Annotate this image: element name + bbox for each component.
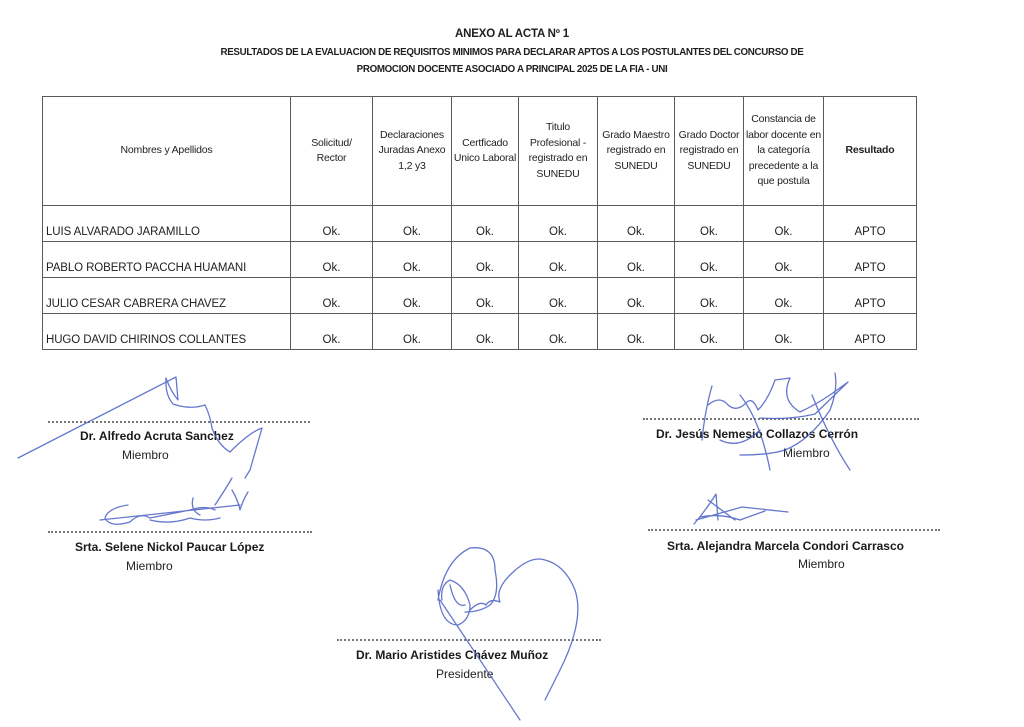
results-table: Nombres y Apellidos Solicitud/ Rector De…	[42, 96, 917, 350]
cell-grado-doctor: Ok.	[675, 314, 744, 350]
signatory-name: Dr. Mario Aristides Chávez Muñoz	[356, 648, 548, 662]
signature-stroke-condori	[694, 494, 788, 524]
cell-titulo: Ok.	[519, 206, 598, 242]
cell-titulo: Ok.	[519, 242, 598, 278]
table-row: PABLO ROBERTO PACCHA HUAMANI Ok. Ok. Ok.…	[43, 242, 917, 278]
cell-certificado: Ok.	[452, 242, 519, 278]
cell-resultado: APTO	[824, 314, 917, 350]
signature-line	[48, 531, 312, 533]
table-row: LUIS ALVARADO JARAMILLO Ok. Ok. Ok. Ok. …	[43, 206, 917, 242]
signatory-name: Srta. Alejandra Marcela Condori Carrasco	[667, 539, 904, 553]
cell-grado-maestro: Ok.	[598, 242, 675, 278]
signatory-name: Dr. Alfredo Acruta Sanchez	[80, 429, 234, 443]
cell-declaraciones: Ok.	[373, 206, 452, 242]
signature-line	[337, 639, 601, 641]
cell-certificado: Ok.	[452, 278, 519, 314]
document-subtitle-line-1: RESULTADOS DE LA EVALUACION DE REQUISITO…	[36, 46, 988, 58]
signature-stroke-acruta	[18, 377, 262, 478]
signature-line	[648, 529, 940, 531]
signature-line	[48, 421, 310, 423]
cell-solicitud: Ok.	[291, 206, 373, 242]
signatory-role: Presidente	[436, 667, 493, 681]
signature-stroke-paucar	[100, 478, 248, 524]
cell-constancia: Ok.	[744, 242, 824, 278]
cell-resultado: APTO	[824, 278, 917, 314]
cell-solicitud: Ok.	[291, 314, 373, 350]
header-titulo: Titulo Profesional - registrado en SUNED…	[519, 97, 598, 206]
document-subtitle-line-2: PROMOCION DOCENTE ASOCIADO A PRINCIPAL 2…	[36, 63, 988, 75]
cell-grado-doctor: Ok.	[675, 206, 744, 242]
table-header-row: Nombres y Apellidos Solicitud/ Rector De…	[43, 97, 917, 206]
table-row: HUGO DAVID CHIRINOS COLLANTES Ok. Ok. Ok…	[43, 314, 917, 350]
cell-grado-maestro: Ok.	[598, 206, 675, 242]
signatory-role: Miembro	[798, 557, 845, 571]
header-constancia: Constancia de labor docente en la catego…	[744, 97, 824, 206]
table-row: JULIO CESAR CABRERA CHAVEZ Ok. Ok. Ok. O…	[43, 278, 917, 314]
cell-declaraciones: Ok.	[373, 314, 452, 350]
cell-certificado: Ok.	[452, 206, 519, 242]
signatory-role: Miembro	[783, 446, 830, 460]
header-declaraciones: Declaraciones Juradas Anexo 1,2 y3	[373, 97, 452, 206]
cell-constancia: Ok.	[744, 278, 824, 314]
cell-constancia: Ok.	[744, 206, 824, 242]
header-certificado: Certficado Unico Laboral	[452, 97, 519, 206]
cell-grado-doctor: Ok.	[675, 278, 744, 314]
header-grado-doctor: Grado Doctor registrado en SUNEDU	[675, 97, 744, 206]
cell-name: JULIO CESAR CABRERA CHAVEZ	[43, 278, 291, 314]
signature-stroke-chavez	[438, 548, 578, 720]
cell-solicitud: Ok.	[291, 278, 373, 314]
header-solicitud: Solicitud/ Rector	[291, 97, 373, 206]
cell-certificado: Ok.	[452, 314, 519, 350]
signatory-role: Miembro	[122, 448, 169, 462]
document-title: ANEXO AL ACTA Nº 1	[0, 28, 1024, 40]
cell-grado-maestro: Ok.	[598, 314, 675, 350]
cell-titulo: Ok.	[519, 314, 598, 350]
cell-titulo: Ok.	[519, 278, 598, 314]
header-grado-maestro: Grado Maestro registrado en SUNEDU	[598, 97, 675, 206]
signature-line	[643, 418, 919, 420]
cell-grado-maestro: Ok.	[598, 278, 675, 314]
cell-declaraciones: Ok.	[373, 242, 452, 278]
signatory-name: Dr. Jesús Nemesio Collazos Cerrón	[656, 427, 858, 441]
cell-name: LUIS ALVARADO JARAMILLO	[43, 206, 291, 242]
cell-declaraciones: Ok.	[373, 278, 452, 314]
cell-name: HUGO DAVID CHIRINOS COLLANTES	[43, 314, 291, 350]
cell-resultado: APTO	[824, 242, 917, 278]
signatory-name: Srta. Selene Nickol Paucar López	[75, 540, 264, 554]
header-nombres: Nombres y Apellidos	[43, 97, 291, 206]
signatory-role: Miembro	[126, 559, 173, 573]
cell-grado-doctor: Ok.	[675, 242, 744, 278]
cell-name: PABLO ROBERTO PACCHA HUAMANI	[43, 242, 291, 278]
cell-resultado: APTO	[824, 206, 917, 242]
cell-solicitud: Ok.	[291, 242, 373, 278]
header-resultado: Resultado	[824, 97, 917, 206]
cell-constancia: Ok.	[744, 314, 824, 350]
